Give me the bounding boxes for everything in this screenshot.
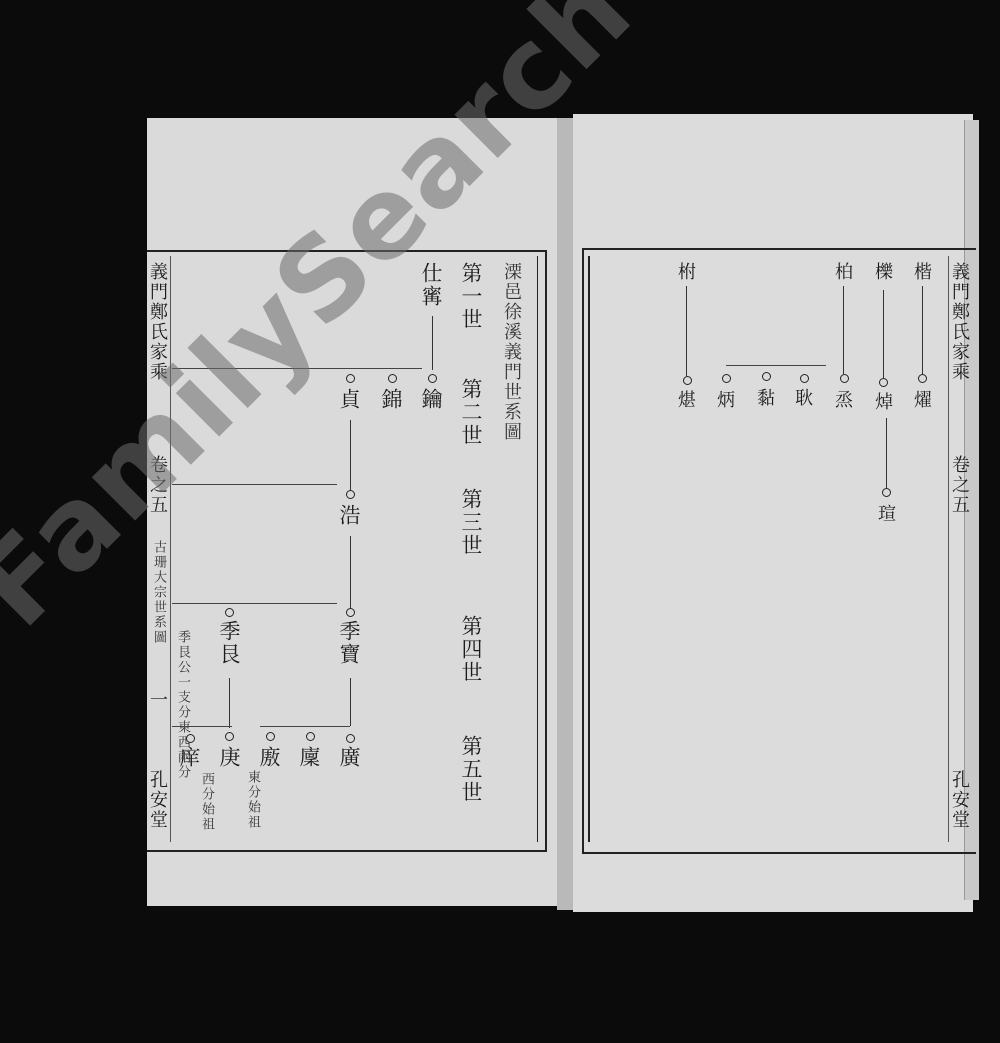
gen-label-1: 第一世	[460, 262, 481, 331]
person-middle: 燿	[912, 390, 930, 410]
person-gen5: 廒	[258, 746, 279, 769]
person-bottom: 瑄	[876, 504, 894, 524]
person-gen2: 錦	[380, 388, 401, 411]
lineage-line	[350, 678, 351, 726]
left-hall-name: 孔安堂	[148, 770, 166, 830]
person-gen2: 鑰	[420, 388, 441, 411]
right-hall-name: 孔安堂	[950, 770, 968, 830]
node-marker	[388, 374, 397, 383]
left-section: 古珊大宗世系圖	[152, 540, 165, 645]
lineage-line	[883, 290, 884, 378]
node-marker	[225, 608, 234, 617]
lineage-line	[350, 536, 351, 608]
node-marker	[918, 374, 927, 383]
left-margin-rule	[170, 256, 171, 842]
node-marker	[346, 490, 355, 499]
person-gen1: 仕寗	[420, 262, 441, 308]
node-marker	[800, 374, 809, 383]
person-gen5: 庠	[178, 746, 199, 769]
node-marker	[346, 608, 355, 617]
left-volume: 卷之五	[148, 455, 166, 515]
person-top: 柏	[833, 262, 851, 282]
person-middle: 焯	[873, 392, 891, 412]
left-margin-title: 義門鄭氏家乘	[148, 262, 166, 382]
person-gen4: 季艮	[218, 620, 239, 666]
lineage-line	[350, 420, 351, 490]
node-marker	[266, 732, 275, 741]
book-gutter	[557, 118, 573, 910]
left-page-number: 一	[148, 690, 166, 710]
sibling-bar	[726, 365, 826, 366]
node-marker	[428, 374, 437, 383]
person-top: 楷	[912, 262, 930, 282]
right-margin-title: 義門鄭氏家乘	[950, 262, 968, 382]
person-middle: 黏	[755, 388, 773, 408]
person-gen5: 庚	[218, 746, 239, 769]
node-marker	[840, 374, 849, 383]
person-middle: 煁	[676, 390, 694, 410]
node-marker	[683, 376, 692, 385]
node-marker	[306, 732, 315, 741]
lineage-line	[843, 286, 844, 374]
node-marker	[762, 372, 771, 381]
sibling-bar	[260, 726, 350, 727]
gen-label-3: 第三世	[460, 488, 481, 557]
person-middle: 耿	[793, 388, 811, 408]
right-page-frame	[582, 248, 976, 854]
gen5-note-east: 東分始祖	[246, 770, 259, 830]
left-inner-border	[537, 256, 538, 842]
gen-label-5: 第五世	[460, 735, 481, 804]
lineage-line	[686, 286, 687, 376]
person-gen4: 季寶	[338, 620, 359, 666]
gen-divider	[172, 368, 422, 369]
lineage-line	[922, 286, 923, 374]
node-marker	[882, 488, 891, 497]
person-top: 柎	[676, 262, 694, 282]
person-middle: 炳	[715, 390, 733, 410]
gen-divider	[172, 603, 337, 604]
gen-label-4: 第四世	[460, 615, 481, 684]
chart-title: 溧邑徐溪義門世系圖	[502, 262, 520, 442]
sibling-bar	[172, 726, 232, 727]
person-gen2: 貞	[338, 388, 359, 411]
gen5-note-west: 西分始祖	[200, 772, 213, 832]
node-marker	[225, 732, 234, 741]
person-top: 櫟	[873, 262, 891, 282]
node-marker	[722, 374, 731, 383]
right-volume: 卷之五	[950, 455, 968, 515]
lineage-line	[229, 678, 230, 728]
person-gen5: 廩	[298, 746, 319, 769]
person-gen3: 浩	[338, 504, 359, 527]
node-marker	[346, 734, 355, 743]
person-gen5: 廣	[338, 746, 359, 769]
right-inner-border	[588, 256, 590, 842]
node-marker	[346, 374, 355, 383]
node-marker	[186, 734, 195, 743]
gen-divider	[172, 484, 337, 485]
gen-label-2: 第二世	[460, 378, 481, 447]
node-marker	[879, 378, 888, 387]
lineage-line	[886, 418, 887, 488]
lineage-line	[432, 316, 433, 370]
person-middle: 烝	[833, 390, 851, 410]
